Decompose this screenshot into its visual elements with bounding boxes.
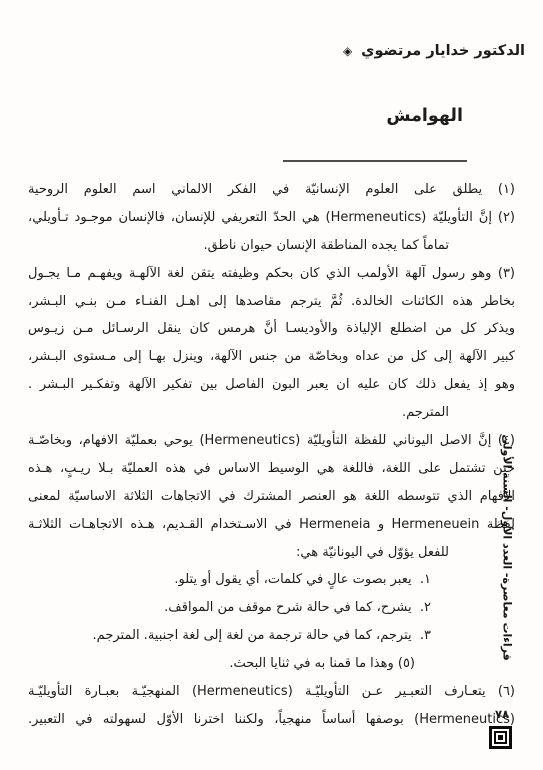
- footnote-line: تماماً كما يجده المناطقة الإنسان حيوان ن…: [28, 232, 515, 260]
- footnote-separator-rule: [283, 160, 467, 162]
- journal-margin-text: قراءات معاصرة- العدد الأول- السنة الأولى: [499, 426, 514, 670]
- footnote-line: (٤) إنَّ الاصل اليوناني للفظة التأويليّة…: [28, 427, 515, 455]
- footnote-line: للفعل يؤوّل في اليونانيّة هي:: [28, 539, 515, 567]
- page-header: ◈ الدكتور خدايار مرتضوي: [343, 43, 525, 59]
- footnote-line: لفظة Hermeneuein و Hermeneia في الاسـتخد…: [28, 511, 515, 539]
- footnote-line: الافهام الذي تتوسطه اللغة هو العنصر المش…: [28, 483, 515, 511]
- footnote-list-item: ٣. يترجم، كما في حالة ترجمة من لغة إلى ل…: [28, 622, 515, 650]
- book-page: ◈ الدكتور خدايار مرتضوي الهوامش (١) يطلق…: [0, 0, 543, 770]
- footnote-line: (٦) يتعـارف التعبـير عـن التأويليّـة (He…: [28, 678, 515, 706]
- footnote-line: (٢) إنَّ التأويليّة (Hermeneutics) هي ال…: [28, 204, 515, 232]
- footnote-line: (١) يطلق على العلوم الإنسانيّة في الفكر …: [28, 176, 515, 204]
- footnote-line: (٥) وهذا ما قمنا به في ثنايا البحث.: [28, 650, 515, 678]
- footnote-line: حين تشتمل على اللغة، فاللغة هي الوسيط ال…: [28, 455, 515, 483]
- footnote-line: كبير الآلهة إلى كل من عداه وبخاصّة من جن…: [28, 343, 515, 371]
- footnote-line: (Hermeneutics) بوصفها أساساً منهجياً، ول…: [28, 706, 515, 734]
- footnotes-text-block: (١) يطلق على العلوم الإنسانيّة في الفكر …: [28, 176, 515, 734]
- end-ornament-inner: [494, 731, 507, 744]
- page-number: ٧٨: [495, 707, 509, 721]
- footnote-line: بخاطر هذه الكائنات الخالدة. ثُمَّ يترجم …: [28, 288, 515, 316]
- footnote-line: (٣) وهو رسول آلهة الأولمب الذي كان بحكم …: [28, 260, 515, 288]
- footnote-line: وهو إذ يفعل ذلك كان عليه ان يعبر البون ا…: [28, 371, 515, 399]
- end-ornament-icon: [489, 726, 512, 749]
- section-title: الهوامش: [386, 106, 463, 126]
- footnote-line: المترجم.: [28, 399, 515, 427]
- author-name: الدكتور خدايار مرتضوي: [361, 43, 525, 59]
- end-ornament-core: [498, 735, 503, 740]
- footnote-list-item: ٢. يشرح، كما في حالة شرح موقف من المواقف…: [28, 594, 515, 622]
- footnote-list-item: ١. يعبر بصوت عالٍ في كلمات، أي يقول أو ي…: [28, 566, 515, 594]
- diamond-ornament-icon: ◈: [343, 45, 352, 57]
- footnote-line: ويذكر كل من اضطلع الإلياذة والأوديسـا أن…: [28, 315, 515, 343]
